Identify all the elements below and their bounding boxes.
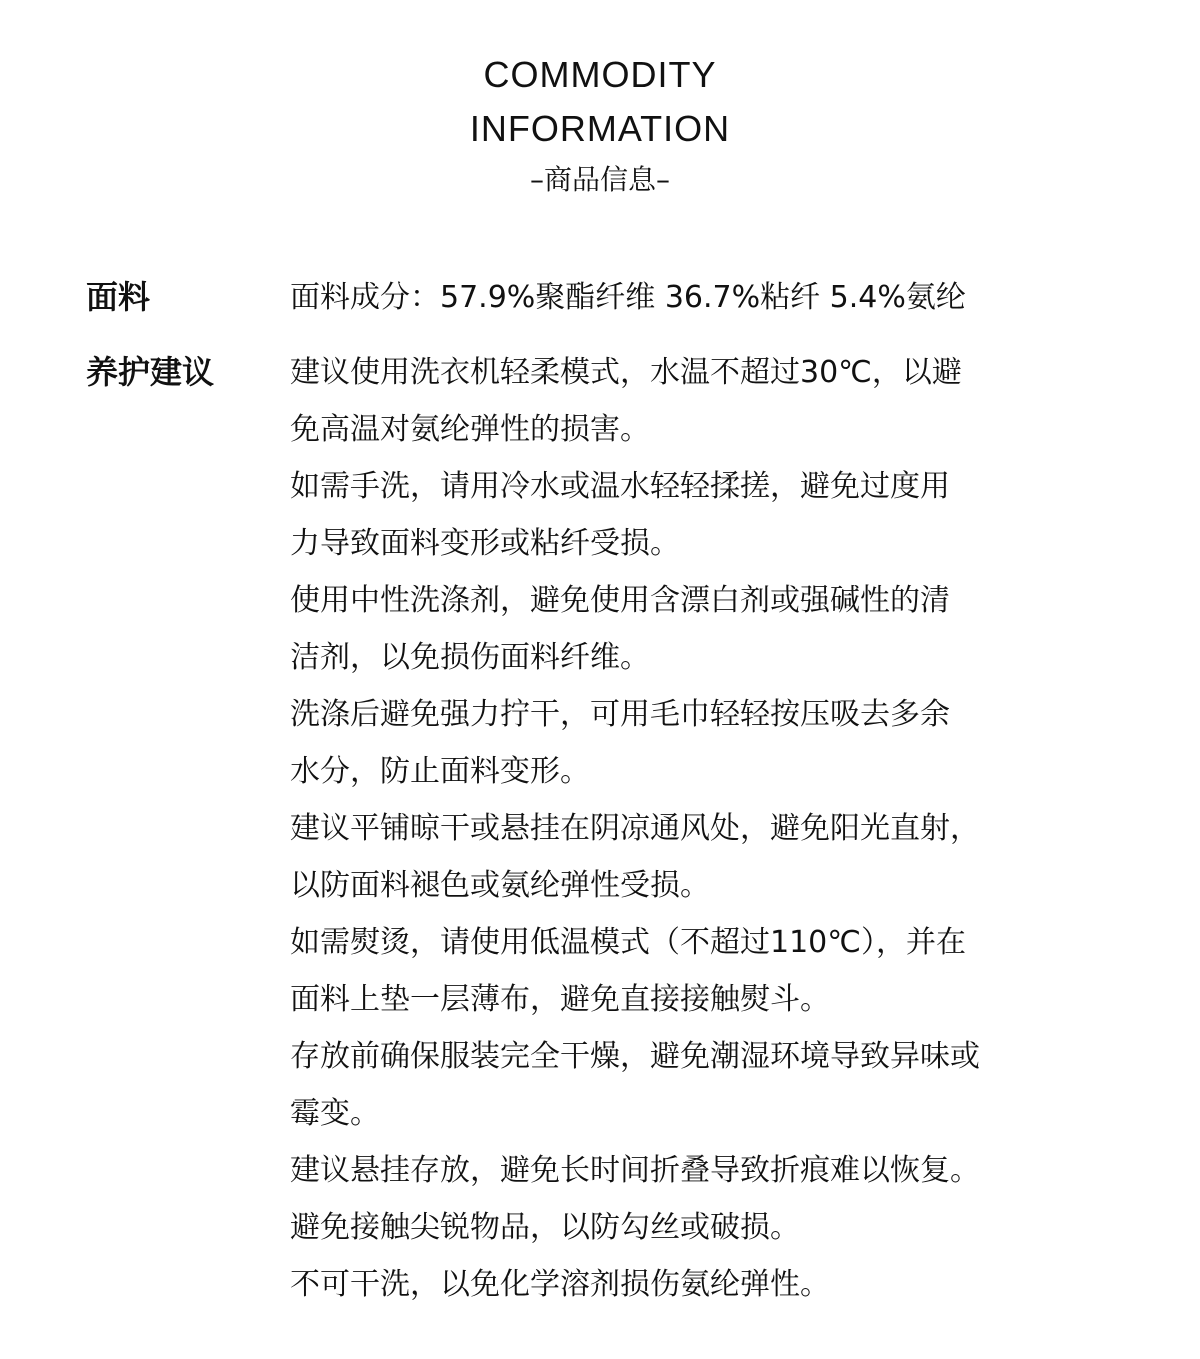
care-line: 霉变。 (290, 1085, 1170, 1142)
care-instructions: 建议使用洗衣机轻柔模式，水温不超过30℃，以避 免高温对氨纶弹性的损害。 如需手… (290, 344, 1170, 1313)
care-line: 避免接触尖锐物品，以防勾丝或破损。 (290, 1199, 1170, 1256)
care-line: 使用中性洗涤剂，避免使用含漂白剂或强碱性的清 (290, 572, 1170, 629)
care-line: 洁剂，以免损伤面料纤维。 (290, 629, 1170, 686)
fabric-label: 面料 (86, 269, 150, 326)
subtitle: –商品信息– (0, 160, 1200, 200)
care-line: 水分，防止面料变形。 (290, 743, 1170, 800)
care-line: 不可干洗，以免化学溶剂损伤氨纶弹性。 (290, 1256, 1170, 1313)
care-line: 如需熨烫，请使用低温模式（不超过110℃），并在 (290, 914, 1170, 971)
title-line-1: COMMODITY (0, 48, 1200, 102)
fabric-line: 面料成分：57.9%聚酯纤维 36.7%粘纤 5.4%氨纶 (290, 269, 1170, 326)
page-header: COMMODITY INFORMATION –商品信息– (0, 48, 1200, 200)
care-line: 建议悬挂存放，避免长时间折叠导致折痕难以恢复。 (290, 1142, 1170, 1199)
care-line: 建议平铺晾干或悬挂在阴凉通风处，避免阳光直射， (290, 800, 1170, 857)
care-line: 存放前确保服装完全干燥，避免潮湿环境导致异味或 (290, 1028, 1170, 1085)
title-line-2: INFORMATION (0, 102, 1200, 156)
care-line: 以防面料褪色或氨纶弹性受损。 (290, 857, 1170, 914)
care-line: 建议使用洗衣机轻柔模式，水温不超过30℃，以避 (290, 344, 1170, 401)
care-line: 免高温对氨纶弹性的损害。 (290, 401, 1170, 458)
care-line: 洗涤后避免强力拧干，可用毛巾轻轻按压吸去多余 (290, 686, 1170, 743)
care-label: 养护建议 (86, 344, 214, 401)
fabric-composition: 面料成分：57.9%聚酯纤维 36.7%粘纤 5.4%氨纶 (290, 269, 1170, 326)
care-line: 力导致面料变形或粘纤受损。 (290, 515, 1170, 572)
care-line: 面料上垫一层薄布，避免直接接触熨斗。 (290, 971, 1170, 1028)
care-line: 如需手洗，请用冷水或温水轻轻揉搓，避免过度用 (290, 458, 1170, 515)
